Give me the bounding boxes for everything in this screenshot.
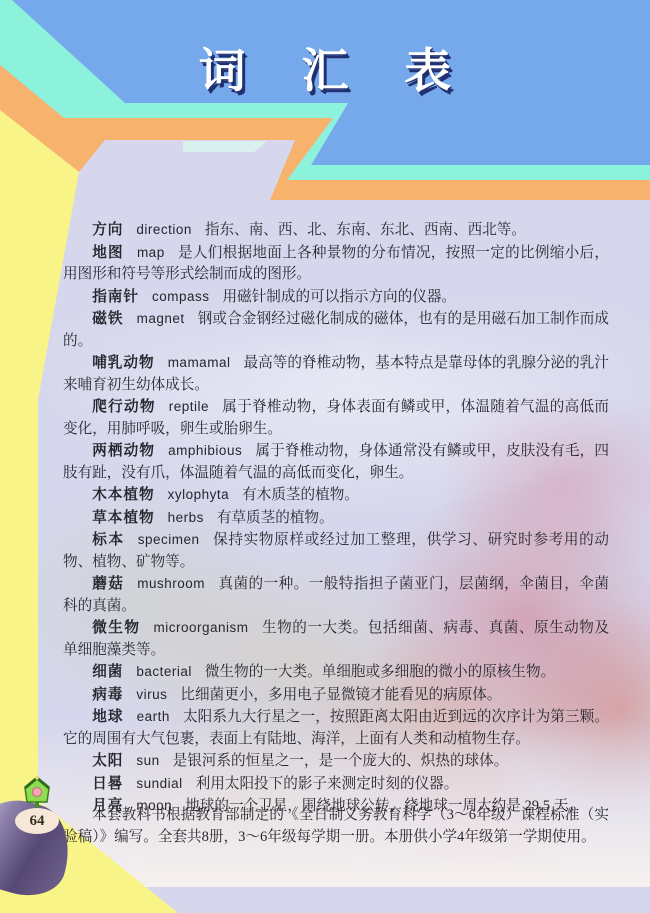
- glossary-entry: 地图map是人们根据地面上各种景物的分布情况，按照一定的比例缩小后，用图形和符号…: [63, 242, 609, 286]
- glossary-english: compass: [152, 289, 210, 304]
- glossary-definition: 微生物的一大类。单细胞或多细胞的微小的原核生物。: [205, 664, 555, 680]
- glossary-entry: 木本植物xylophyta有木质茎的植物。: [63, 484, 609, 507]
- glossary-entry: 地球earth太阳系九大行星之一，按照距离太阳由近到远的次序计为第三颗。它的周围…: [63, 706, 609, 750]
- glossary-term: 地图: [92, 245, 124, 261]
- glossary-english: reptile: [169, 399, 209, 414]
- glossary-english: virus: [136, 687, 167, 702]
- footer-note: 本套教科书根据教育部制定的《全日制义务教育科学（3～6年级）课程标准（实验稿）》…: [63, 804, 609, 848]
- glossary-english: map: [137, 245, 165, 260]
- glossary-term: 标本: [92, 532, 125, 548]
- glossary-english: bacterial: [136, 664, 192, 679]
- glossary-definition: 比细菌更小，多用电子显微镜才能看见的病原体。: [180, 687, 501, 703]
- glossary-term: 太阳: [92, 753, 123, 769]
- glossary-english: microorganism: [154, 620, 249, 635]
- glossary-english: magnet: [137, 311, 185, 326]
- glossary-definition: 是银河系的恒星之一，是一个庞大的、炽热的球体。: [173, 753, 509, 769]
- glossary-definition: 生物的一大类。包括细菌、病毒、真菌、原生动物及单细胞藻类等。: [63, 620, 609, 658]
- glossary-entry: 微生物microorganism生物的一大类。包括细菌、病毒、真菌、原生动物及单…: [63, 617, 609, 661]
- glossary-definition: 有木质茎的植物。: [242, 487, 359, 503]
- glossary-definition: 有草质茎的植物。: [217, 510, 334, 526]
- glossary-term: 木本植物: [92, 487, 154, 503]
- glossary-english: direction: [136, 222, 192, 237]
- page-number: 64: [30, 813, 45, 830]
- glossary-term: 细菌: [92, 664, 123, 680]
- page-title: 词 汇 表: [0, 34, 650, 101]
- glossary-english: mushroom: [137, 576, 205, 591]
- glossary-term: 蘑菇: [92, 576, 124, 592]
- glossary-entry: 指南针compass用磁针制成的可以指示方向的仪器。: [63, 286, 609, 309]
- glossary-entry: 哺乳动物mamamal最高等的脊椎动物，基本特点是靠母体的乳腺分泌的乳汁来哺育初…: [63, 352, 609, 396]
- glossary-english: mamamal: [168, 355, 231, 370]
- glossary-term: 草本植物: [92, 510, 154, 526]
- glossary-definition: 用磁针制成的可以指示方向的仪器。: [223, 289, 457, 305]
- glossary-entry: 两栖动物amphibious属于脊椎动物，身体通常没有鳞或甲，皮肤没有毛，四肢有…: [63, 440, 609, 484]
- glossary-entry: 爬行动物reptile属于脊椎动物，身体表面有鳞或甲，体温随着气温的高低而变化，…: [63, 396, 609, 440]
- glossary-term: 日晷: [92, 776, 123, 792]
- glossary-term: 方向: [92, 222, 123, 238]
- glossary-english: xylophyta: [168, 487, 230, 502]
- glossary-definition: 指东、南、西、北、东南、东北、西南、西北等。: [205, 222, 526, 238]
- glossary-english: herbs: [168, 510, 204, 525]
- glossary-entry: 蘑菇mushroom真菌的一种。一般特指担子菌亚门，层菌纲，伞菌目，伞菌科的真菌…: [63, 573, 609, 617]
- glossary-term: 哺乳动物: [92, 355, 155, 371]
- glossary-term: 指南针: [92, 289, 139, 305]
- glossary-term: 微生物: [92, 620, 140, 636]
- glossary-entry: 细菌bacterial微生物的一大类。单细胞或多细胞的微小的原核生物。: [63, 661, 609, 684]
- glossary-term: 爬行动物: [92, 399, 156, 415]
- glossary-english: specimen: [138, 532, 200, 547]
- glossary-term: 地球: [92, 709, 123, 725]
- glossary-entry: 标本specimen保持实物原样或经过加工整理，供学习、研究时参考用的动物、植物…: [63, 529, 609, 573]
- glossary-english: sun: [136, 753, 159, 768]
- glossary-entry: 病毒virus比细菌更小，多用电子显微镜才能看见的病原体。: [63, 684, 609, 707]
- page-number-badge: 64: [15, 808, 59, 834]
- glossary-term: 两栖动物: [92, 443, 155, 459]
- glossary-entry: 日晷sundial利用太阳投下的影子来测定时刻的仪器。: [63, 773, 609, 796]
- glossary-list: 方向direction指东、南、西、北、东南、东北、西南、西北等。地图map是人…: [63, 219, 609, 818]
- glossary-entry: 方向direction指东、南、西、北、东南、东北、西南、西北等。: [63, 219, 609, 242]
- glossary-english: amphibious: [168, 443, 242, 458]
- glossary-english: earth: [137, 709, 170, 724]
- glossary-term: 病毒: [92, 687, 123, 703]
- textbook-page: 词 汇 表 方向direction指东、南、西、北、东南、东北、西南、西北等。地…: [0, 0, 650, 913]
- glossary-entry: 草本植物herbs有草质茎的植物。: [63, 507, 609, 530]
- glossary-english: sundial: [136, 776, 182, 791]
- glossary-entry: 磁铁magnet钢或合金钢经过磁化制成的磁体，也有的是用磁石加工制作而成的。: [63, 308, 609, 352]
- glossary-term: 磁铁: [92, 311, 123, 327]
- glossary-definition: 利用太阳投下的影子来测定时刻的仪器。: [196, 776, 459, 792]
- glossary-entry: 太阳sun是银河系的恒星之一，是一个庞大的、炽热的球体。: [63, 750, 609, 773]
